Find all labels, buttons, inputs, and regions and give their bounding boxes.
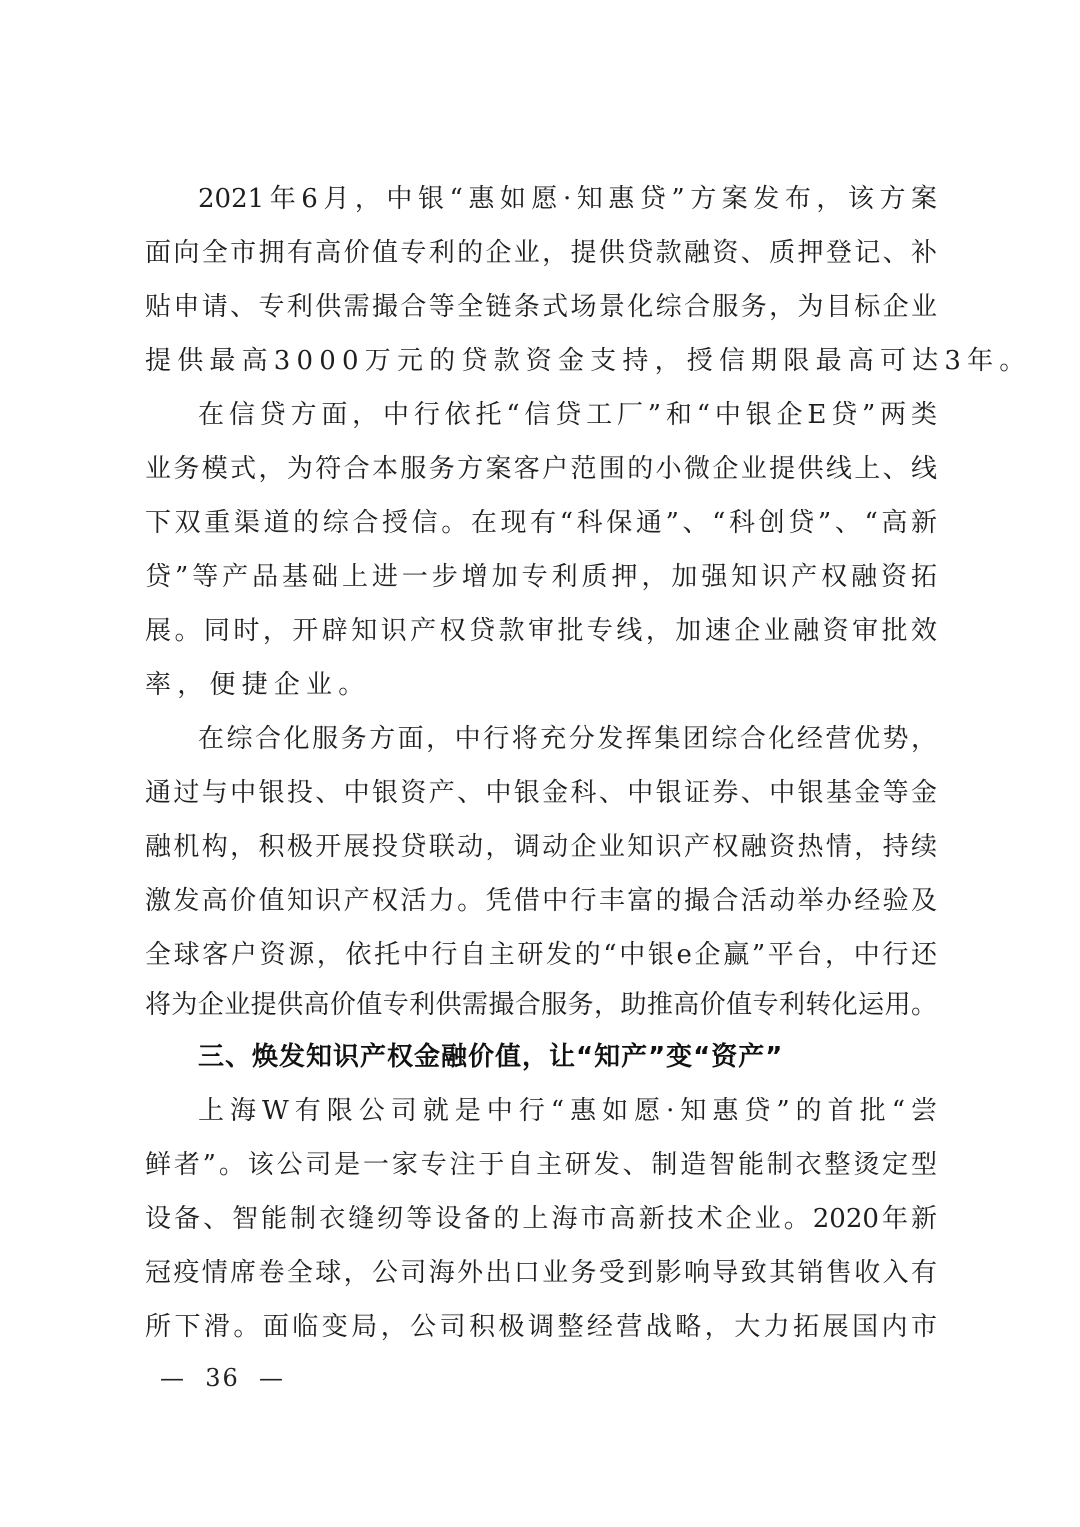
paragraph-line: 所下滑。面临变局，公司积极调整经营战略，大力拓展国内市 [145, 1300, 937, 1354]
section-heading: 三、焕发知识产权金融价值，让“知产”变“资产” [198, 1030, 937, 1084]
paragraph-line: 鲜者”。该公司是一家专注于自主研发、制造智能制衣整烫定型 [145, 1138, 937, 1192]
paragraph-line: 冠疫情席卷全球，公司海外出口业务受到影响导致其销售收入有 [145, 1246, 937, 1300]
paragraph-line: 上海W有限公司就是中行“惠如愿·知惠贷”的首批“尝 [198, 1084, 937, 1138]
paragraph-line: 面向全市拥有高价值专利的企业，提供贷款融资、质押登记、补 [145, 226, 937, 280]
paragraph-line: 提供最高3000万元的贷款资金支持，授信期限最高可达3年。 [145, 334, 937, 388]
paragraph-line: 业务模式，为符合本服务方案客户范围的小微企业提供线上、线 [145, 442, 937, 496]
paragraph-line: 激发高价值知识产权活力。凭借中行丰富的撮合活动举办经验及 [145, 874, 937, 928]
document-page: 2021年6月，中银“惠如愿·知惠贷”方案发布，该方案 面向全市拥有高价值专利的… [0, 0, 1080, 1527]
paragraph-line: 在综合化服务方面，中行将充分发挥集团综合化经营优势， [198, 712, 937, 766]
paragraph-line: 将为企业提供高价值专利供需撮合服务，助推高价值专利转化运用。 [145, 978, 937, 1032]
page-number: — 36 — [160, 1358, 285, 1398]
paragraph-line: 设备、智能制衣缝纫等设备的上海市高新技术企业。2020年新 [145, 1192, 937, 1246]
paragraph-line: 下双重渠道的综合授信。在现有“科保通”、“科创贷”、“高新 [145, 496, 937, 550]
paragraph-line: 贷”等产品基础上进一步增加专利质押，加强知识产权融资拓 [145, 550, 937, 604]
paragraph-line: 在信贷方面，中行依托“信贷工厂”和“中银企E贷”两类 [198, 388, 937, 442]
paragraph-line: 全球客户资源，依托中行自主研发的“中银e企赢”平台，中行还 [145, 928, 937, 982]
paragraph-line: 展。同时，开辟知识产权贷款审批专线，加速企业融资审批效 [145, 604, 937, 658]
paragraph-line: 2021年6月，中银“惠如愿·知惠贷”方案发布，该方案 [198, 172, 937, 226]
paragraph-line: 融机构，积极开展投贷联动，调动企业知识产权融资热情，持续 [145, 820, 937, 874]
paragraph-line: 率，便捷企业。 [145, 658, 937, 712]
paragraph-line: 贴申请、专利供需撮合等全链条式场景化综合服务，为目标企业 [145, 280, 937, 334]
paragraph-line: 通过与中银投、中银资产、中银金科、中银证券、中银基金等金 [145, 766, 937, 820]
